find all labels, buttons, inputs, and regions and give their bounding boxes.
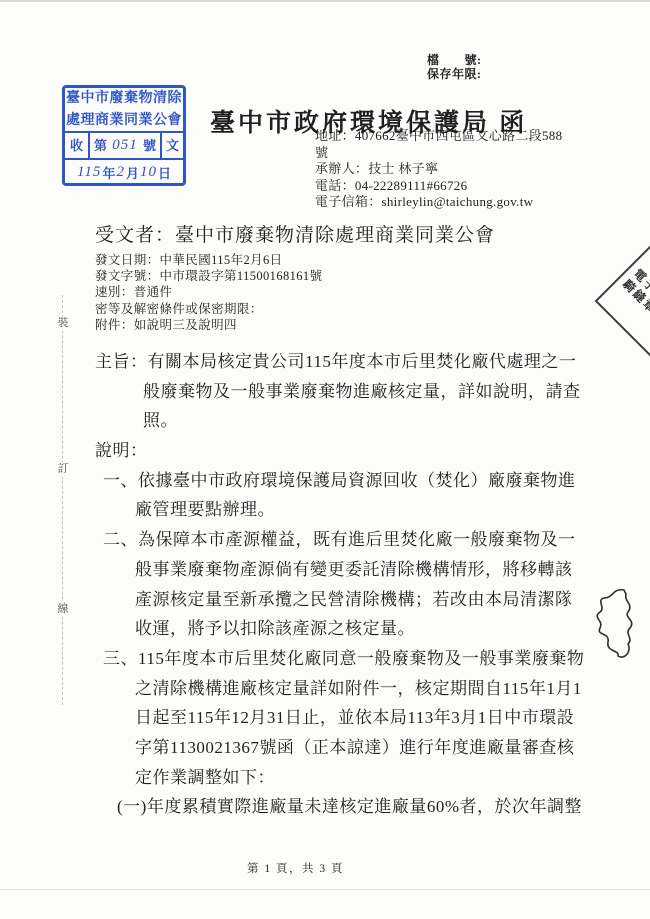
body-line: 日起至115年12月31日止，並依本局113年3月1日中市環設 bbox=[0, 703, 620, 733]
body-line: 般廢棄物及一般事業廢棄物進廠核定量，詳如說明，請查 bbox=[0, 377, 620, 407]
issue-number: 發文字號：中市環設字第11500168161號 bbox=[95, 268, 323, 284]
agency-email: 電子信箱：shirleylin@taichung.gov.tw bbox=[315, 194, 585, 211]
received-stamp-org-line2: 處理商業同業公會 bbox=[65, 110, 183, 132]
scan-bottom-edge bbox=[0, 889, 650, 890]
retention-label: 保存年限: bbox=[427, 67, 482, 81]
document-meta-block: 發文日期：中華民國115年2月6日 發文字號：中市環設字第11500168161… bbox=[95, 252, 323, 333]
received-stamp-year-label: 年 bbox=[102, 163, 115, 182]
binding-dashed-line bbox=[62, 295, 63, 705]
body-line: 主旨：有關本局核定貴公司115年度本市后里焚化廠代處理之一 bbox=[0, 347, 620, 377]
agency-phone: 電話：04-22289111#66726 bbox=[315, 178, 585, 195]
body-line: 三、115年度本市后里焚化廠同意一般廢棄物及一般事業廢棄物 bbox=[0, 644, 620, 674]
binding-mark-ding: 訂 bbox=[58, 462, 69, 477]
agency-contact-person: 承辦人：技士 林子寧 bbox=[315, 161, 585, 178]
received-stamp-org-line1: 臺中市廢棄物清除 bbox=[65, 88, 183, 110]
received-stamp-day-label: 日 bbox=[158, 163, 171, 182]
body-line: 收運，將予以扣除該產源之核定量。 bbox=[0, 614, 620, 644]
received-stamp-receive-label: 收 bbox=[65, 133, 90, 158]
received-stamp-date-row: 115 年 2 月 10 日 bbox=[65, 160, 183, 184]
received-stamp-month-value: 2 bbox=[116, 164, 125, 181]
received-stamp: 臺中市廢棄物清除 處理商業同業公會 收 第 051 號 文 115 年 2 月 … bbox=[62, 85, 186, 186]
received-stamp-no-prefix: 第 bbox=[94, 133, 107, 158]
priority: 速別：普通件 bbox=[95, 284, 323, 300]
scan-top-edge bbox=[0, 0, 650, 2]
body-line: 照。 bbox=[0, 406, 620, 436]
letter-body: 主旨：有關本局核定貴公司115年度本市后里焚化廠代處理之一般廢棄物及一般事業廢棄… bbox=[0, 347, 620, 822]
agency-address-line1: 地址：407662臺中市西屯區文心路二段588 bbox=[315, 128, 585, 145]
body-line: 廠管理要點辦理。 bbox=[0, 495, 620, 525]
body-line: 二、為保障本市產源權益，既有進后里焚化廠一般廢棄物及一 bbox=[0, 525, 620, 555]
received-stamp-year-value: 115 bbox=[77, 164, 101, 181]
page-number: 第 1 頁，共 3 頁 bbox=[247, 860, 344, 876]
ink-scribble-mark bbox=[594, 586, 644, 661]
received-stamp-no-value: 051 bbox=[112, 133, 138, 158]
archive-no-label: 檔 號: bbox=[427, 53, 482, 67]
body-line: 一、依據臺中市政府環境保護局資源回收（焚化）廠廢棄物進 bbox=[0, 466, 620, 496]
body-line: 產源核定量至新承攬之民營清除機構；若改由本局清潔隊 bbox=[0, 585, 620, 615]
scanned-official-letter: 檔 號: 保存年限: 臺中市廢棄物清除 處理商業同業公會 收 第 051 號 文… bbox=[0, 0, 650, 919]
received-stamp-no-suffix: 號 bbox=[143, 133, 156, 158]
binding-mark-xian: 線 bbox=[58, 602, 69, 617]
paging-seal: 電子文 騎縫章 bbox=[595, 242, 650, 361]
agency-contact-block: 地址：407662臺中市西屯區文心路二段588 號 承辦人：技士 林子寧 電話：… bbox=[315, 128, 585, 211]
body-line: 說明： bbox=[0, 436, 620, 466]
body-line: 之清除機構進廠核定量詳如附件一，核定期間自115年1月1 bbox=[0, 674, 620, 704]
attachment: 附件：如說明三及說明四 bbox=[95, 317, 323, 333]
archive-labels: 檔 號: 保存年限: bbox=[427, 53, 482, 81]
body-line: 定作業調整如下： bbox=[0, 763, 620, 793]
received-stamp-number-cell: 第 051 號 bbox=[90, 133, 160, 158]
received-stamp-day-value: 10 bbox=[140, 164, 157, 181]
issue-date: 發文日期：中華民國115年2月6日 bbox=[95, 252, 323, 268]
secrecy: 密等及解密條件或保密期限： bbox=[95, 301, 323, 317]
agency-address-line2: 號 bbox=[315, 145, 585, 162]
body-line: 般事業廢棄物產源倘有變更委託清除機構情形，將移轉該 bbox=[0, 555, 620, 585]
received-stamp-org: 臺中市廢棄物清除 處理商業同業公會 bbox=[65, 88, 183, 133]
binding-mark-zhuang: 裝 bbox=[58, 316, 69, 331]
body-line: (一)年度累積實際進廠量未達核定進廠量60%者，於次年調整 bbox=[0, 792, 620, 822]
received-stamp-doc-label: 文 bbox=[160, 133, 183, 158]
received-stamp-number-row: 收 第 051 號 文 bbox=[65, 133, 183, 160]
received-stamp-month-label: 月 bbox=[126, 163, 139, 182]
body-line: 字第1130021367號函（正本諒達）進行年度進廠量審查核 bbox=[0, 733, 620, 763]
recipient-line: 受文者：臺中市廢棄物清除處理商業同業公會 bbox=[95, 220, 495, 247]
